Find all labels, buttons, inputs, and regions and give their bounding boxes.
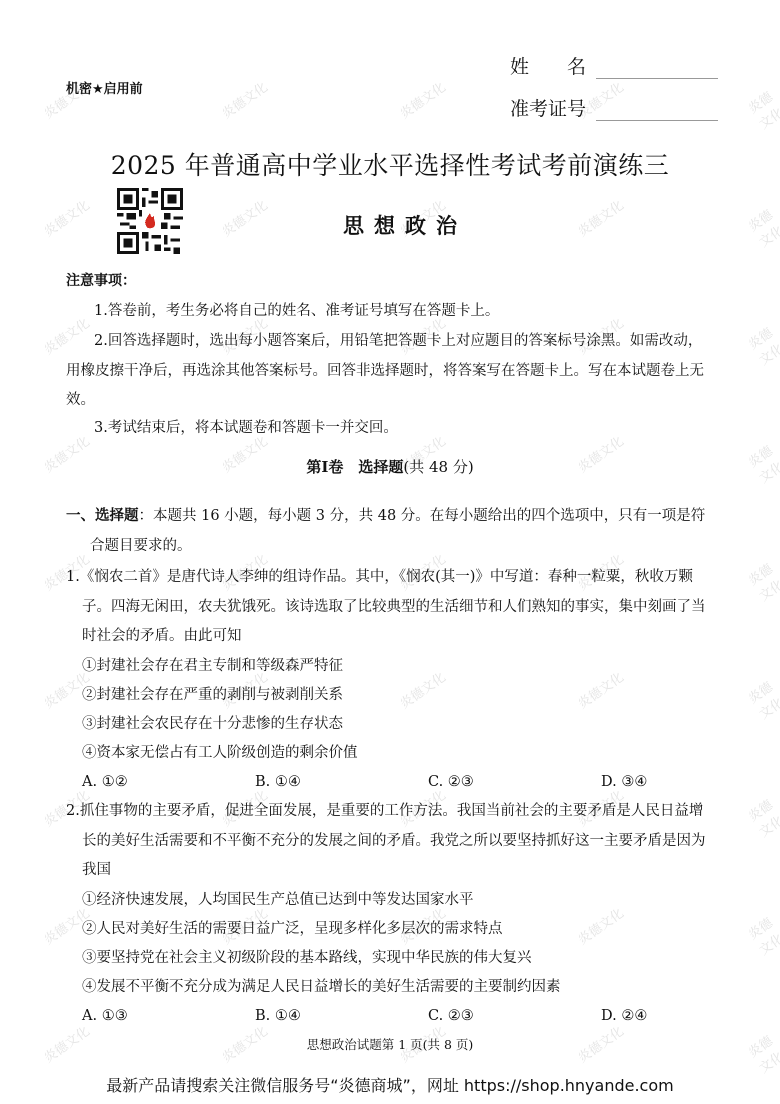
notice-item-2: 2.回答选择题时，选出每小题答案后，用铅笔把答题卡上对应题目的答案标号涂黑。如需… — [66, 327, 716, 416]
watermark-text: 炎德文化 — [744, 85, 780, 132]
name-field: 姓 名 — [510, 52, 718, 79]
watermark-text: 炎德文化 — [573, 903, 627, 948]
q1-statement-4: ④资本家无偿占有工人阶级创造的剩余价值 — [82, 739, 358, 769]
section-title: 第Ⅰ卷 选择题(共 48 分) — [0, 456, 780, 477]
instruction-text: ：本题共 16 小题，每小题 3 分，共 48 分。在每小题给出的四个选项中，只… — [90, 508, 705, 554]
watermark-text: 炎德文化 — [395, 667, 449, 712]
q1-statement-3: ③封建社会农民存在十分悲惨的生存状态 — [82, 710, 343, 740]
watermark-text: 炎德文化 — [573, 667, 627, 712]
question-1: 1.《悯农二首》是唐代诗人李绅的组诗作品。其中，《悯农(其一)》中写道：春种一粒… — [66, 563, 716, 652]
q2-choice-b[interactable]: B. ①④ — [255, 1002, 428, 1032]
exam-title: 2025 年普通高中学业水平选择性考试考前演练三 — [0, 146, 780, 182]
q1-choice-b[interactable]: B. ①④ — [255, 768, 428, 798]
page-number: 思想政治试题第 1 页(共 8 页) — [0, 1035, 780, 1053]
watermark-text: 炎德文化 — [744, 557, 780, 604]
name-blank[interactable] — [596, 58, 718, 79]
watermark-text: 炎德文化 — [744, 321, 780, 368]
q2-choice-a[interactable]: A. ①③ — [82, 1002, 255, 1032]
q2-choice-c[interactable]: C. ②③ — [428, 1002, 601, 1032]
q2-statement-4: ④发展不平衡不充分成为满足人民日益增长的美好生活需要的主要制约因素 — [82, 973, 561, 1003]
section-title-score: (共 48 分) — [403, 458, 473, 476]
q1-choice-a[interactable]: A. ①② — [82, 768, 255, 798]
q2-statement-3: ③要坚持党在社会主义初级阶段的基本路线，实现中华民族的伟大复兴 — [82, 944, 532, 974]
question-2: 2.抓住事物的主要矛盾，促进全面发展，是重要的工作方法。我国当前社会的主要矛盾是… — [66, 797, 716, 886]
watermark-text: 炎德文化 — [217, 77, 271, 122]
confidential-label: 机密★启用前 — [66, 78, 143, 97]
q2-choice-d[interactable]: D. ②④ — [601, 1002, 774, 1032]
name-label: 姓 名 — [510, 52, 596, 79]
q1-choice-d[interactable]: D. ③④ — [601, 768, 774, 798]
exam-id-blank[interactable] — [596, 100, 718, 121]
q2-statement-2: ②人民对美好生活的需要日益广泛，呈现多样化多层次的需求特点 — [82, 915, 503, 945]
exam-id-field: 准考证号 — [510, 94, 718, 121]
watermark-text: 炎德文化 — [744, 675, 780, 722]
watermark-text: 炎德文化 — [744, 911, 780, 958]
question-1-stem: 1.《悯农二首》是唐代诗人李绅的组诗作品。其中，《悯农(其一)》中写道：春种一粒… — [66, 563, 716, 652]
q2-statement-1: ①经济快速发展，人均国民生产总值已达到中等发达国家水平 — [82, 886, 474, 916]
section-instruction: 一、选择题：本题共 16 小题，每小题 3 分，共 48 分。在每小题给出的四个… — [66, 502, 716, 561]
q1-choices: A. ①② B. ①④ C. ②③ D. ③④ — [82, 768, 682, 798]
q2-choices: A. ①③ B. ①④ C. ②③ D. ②④ — [82, 1002, 682, 1032]
watermark-text: 炎德文化 — [395, 77, 449, 122]
notice-heading: 注意事项： — [66, 270, 136, 290]
q1-choice-c[interactable]: C. ②③ — [428, 768, 601, 798]
instruction-label: 一、选择题 — [66, 508, 139, 524]
notice-item-1: 1.答卷前，考生务必将自己的姓名、准考证号填写在答题卡上。 — [66, 297, 716, 327]
exam-id-label: 准考证号 — [510, 94, 596, 121]
section-title-main: 第Ⅰ卷 选择题 — [306, 458, 403, 476]
q1-statement-2: ②封建社会存在严重的剥削与被剥削关系 — [82, 681, 343, 711]
q1-statement-1: ①封建社会存在君主专制和等级森严特征 — [82, 652, 343, 682]
watermark-text: 炎德文化 — [744, 793, 780, 840]
promo-footer: 最新产品请搜索关注微信服务号“炎德商城”，网址 https://shop.hny… — [0, 1073, 780, 1096]
question-2-stem: 2.抓住事物的主要矛盾，促进全面发展，是重要的工作方法。我国当前社会的主要矛盾是… — [66, 797, 716, 886]
notice-item-3: 3.考试结束后，将本试题卷和答题卡一并交回。 — [66, 414, 716, 444]
subject-title: 思想政治 — [0, 210, 780, 240]
